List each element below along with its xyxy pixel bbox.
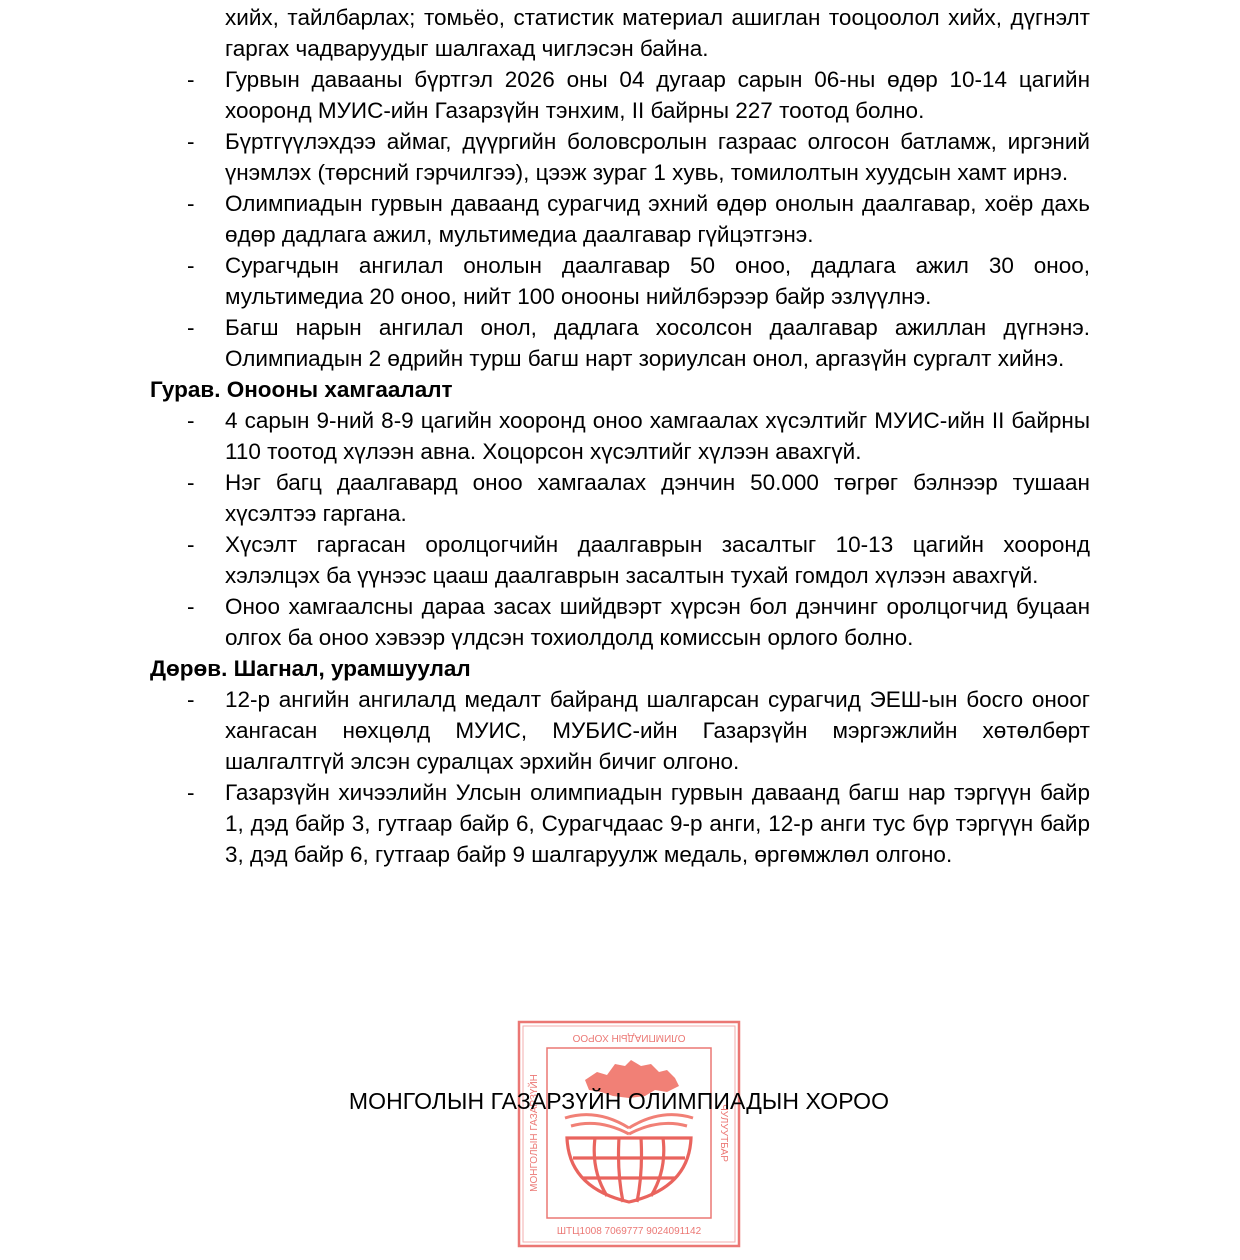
bullet-dash: - (187, 188, 195, 219)
section3-list: -4 сарын 9-ний 8-9 цагийн хооронд оноо х… (150, 405, 1090, 653)
list-item: -4 сарын 9-ний 8-9 цагийн хооронд оноо х… (150, 405, 1090, 467)
official-stamp: ОЛИМПИАДЫН ХОРОО МОНГОЛЫН ГАЗАРЗҮЙН ЧУЛУ… (517, 1020, 741, 1248)
stamp-top-text: ОЛИМПИАДЫН ХОРОО (572, 1032, 685, 1043)
bullet-dash: - (187, 64, 195, 95)
list-item: -Оноо хамгаалсны дараа засах шийдвэрт хү… (150, 591, 1090, 653)
list-item: -Олимпиадын гурвын даваанд сурагчид эхни… (150, 188, 1090, 250)
bullet-dash: - (187, 684, 195, 715)
bullet-dash: - (187, 591, 195, 622)
document-body: хийх, тайлбарлах; томьёо, статистик мате… (150, 2, 1090, 870)
bullet-dash: - (187, 405, 195, 436)
section-heading-score-appeal: Гурав. Онооны хамгаалалт (150, 374, 1090, 405)
intro-continuation: хийх, тайлбарлах; томьёо, статистик мате… (150, 2, 1090, 64)
list-item: -Гурвын давааны бүртгэл 2026 оны 04 дуга… (150, 64, 1090, 126)
organization-name: МОНГОЛЫН ГАЗАРЗҮЙН ОЛИМПИАДЫН ХОРОО (349, 1088, 889, 1114)
bullet-dash: - (187, 126, 195, 157)
list-item: -12-р ангийн ангилалд медалт байранд шал… (150, 684, 1090, 777)
stamp-bottom-text: ШТЦ1008 7069777 9024091142 (557, 1226, 702, 1237)
bullet-dash: - (187, 250, 195, 281)
bullet-dash: - (187, 529, 195, 560)
bullet-dash: - (187, 312, 195, 343)
bullet-dash: - (187, 467, 195, 498)
list-item: -Нэг багц даалгавард оноо хамгаалах дэнч… (150, 467, 1090, 529)
section4-list: -12-р ангийн ангилалд медалт байранд шал… (150, 684, 1090, 870)
list-item: -Бүртгүүлэхдээ аймаг, дүүргийн боловсрол… (150, 126, 1090, 188)
list-item: -Хүсэлт гаргасан оролцогчийн даалгаврын … (150, 529, 1090, 591)
bullet-dash: - (187, 777, 195, 808)
document-page: хийх, тайлбарлах; томьёо, статистик мате… (0, 0, 1240, 1260)
section2-list: -Гурвын давааны бүртгэл 2026 оны 04 дуга… (150, 64, 1090, 374)
list-item: -Сурагчдын ангилал онолын даалгавар 50 о… (150, 250, 1090, 312)
list-item: -Газарзүйн хичээлийн Улсын олимпиадын гу… (150, 777, 1090, 870)
section-heading-awards: Дөрөв. Шагнал, урамшуулал (150, 653, 1090, 684)
globe-icon (567, 1138, 691, 1202)
list-item: -Багш нарын ангилал онол, дадлага хосолс… (150, 312, 1090, 374)
signature-line: МОНГОЛЫН ГАЗАРЗҮЙН ОЛИМПИАДЫН ХОРОО (0, 1086, 1240, 1116)
open-book-icon (565, 1115, 693, 1134)
